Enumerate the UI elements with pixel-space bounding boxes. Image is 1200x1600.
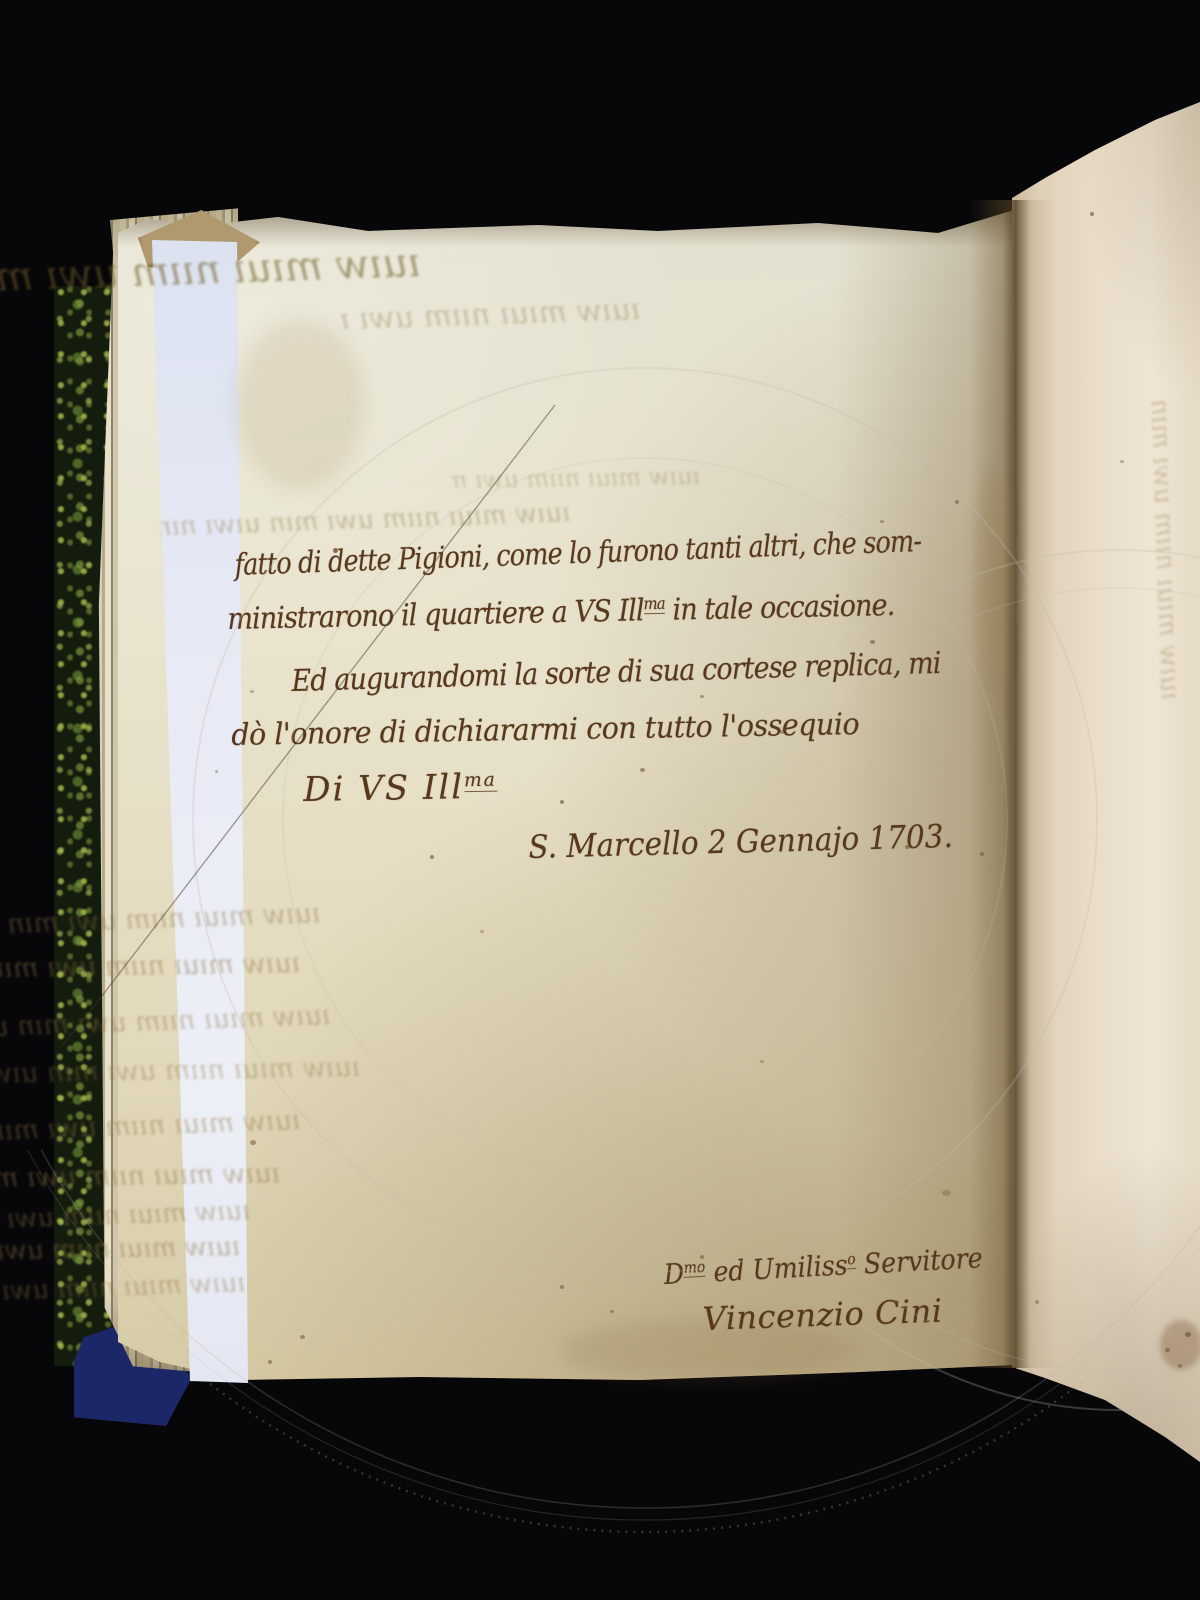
ink-speck [560, 1285, 564, 1289]
ink-speck [780, 730, 784, 734]
ink-speck [880, 520, 884, 523]
ink-speck [215, 770, 218, 773]
ink-speck [870, 640, 875, 644]
ink-speck [1165, 1348, 1170, 1352]
ink-speck [480, 930, 484, 933]
ink-speck [300, 1335, 305, 1339]
foxing-stain [235, 320, 365, 490]
ink-speck [268, 1360, 272, 1364]
ink-speck [1185, 1332, 1191, 1337]
ink-speck [250, 690, 254, 693]
gutter-shadow [970, 200, 1056, 1368]
ink-speck [610, 1310, 614, 1313]
ink-speck [942, 1190, 951, 1196]
ink-speck [560, 800, 564, 804]
ink-speck [1120, 460, 1124, 463]
archival-photo: ıuıw mıuı nıım uwı mın uıwı nımıuıw mıuı… [0, 0, 1200, 1600]
ink-speck [640, 768, 645, 772]
ink-speck [700, 1255, 704, 1259]
ink-speck [760, 1060, 764, 1063]
ink-speck [955, 500, 959, 504]
ink-speck [1090, 212, 1094, 216]
ink-speck [333, 548, 338, 553]
salutation-line: Di VS Illma [303, 767, 497, 810]
ink-speck [980, 852, 984, 856]
ink-speck [1035, 1300, 1039, 1304]
ink-speck [905, 845, 910, 849]
right-page-blotch [1160, 1320, 1200, 1370]
ink-speck [250, 1140, 256, 1145]
ink-speck [1178, 1364, 1182, 1368]
ink-speck [700, 695, 704, 698]
ink-speck [430, 855, 434, 859]
gutter-stain [975, 470, 1009, 690]
